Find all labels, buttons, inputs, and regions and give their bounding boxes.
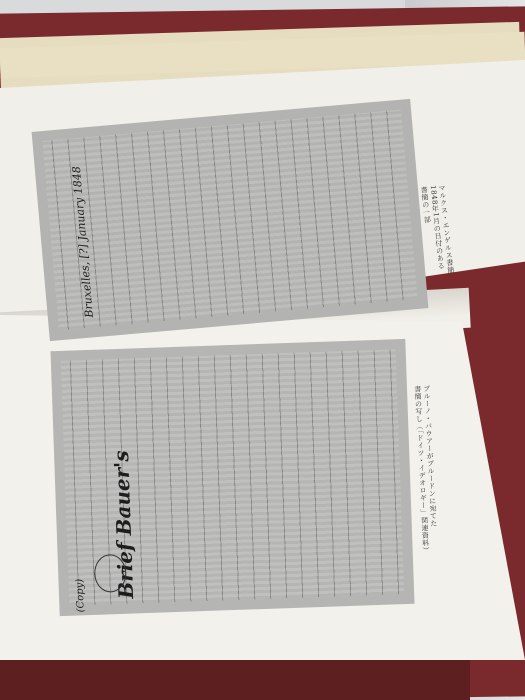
bottom-letter-facsimile: Brief Bauer's (Copy) <box>50 339 414 616</box>
top-letter-facsimile: Bruxelles, [?] January 1848 <box>32 99 429 341</box>
copy-mark: (Copy) <box>74 579 86 613</box>
handwriting-texture <box>42 110 417 331</box>
